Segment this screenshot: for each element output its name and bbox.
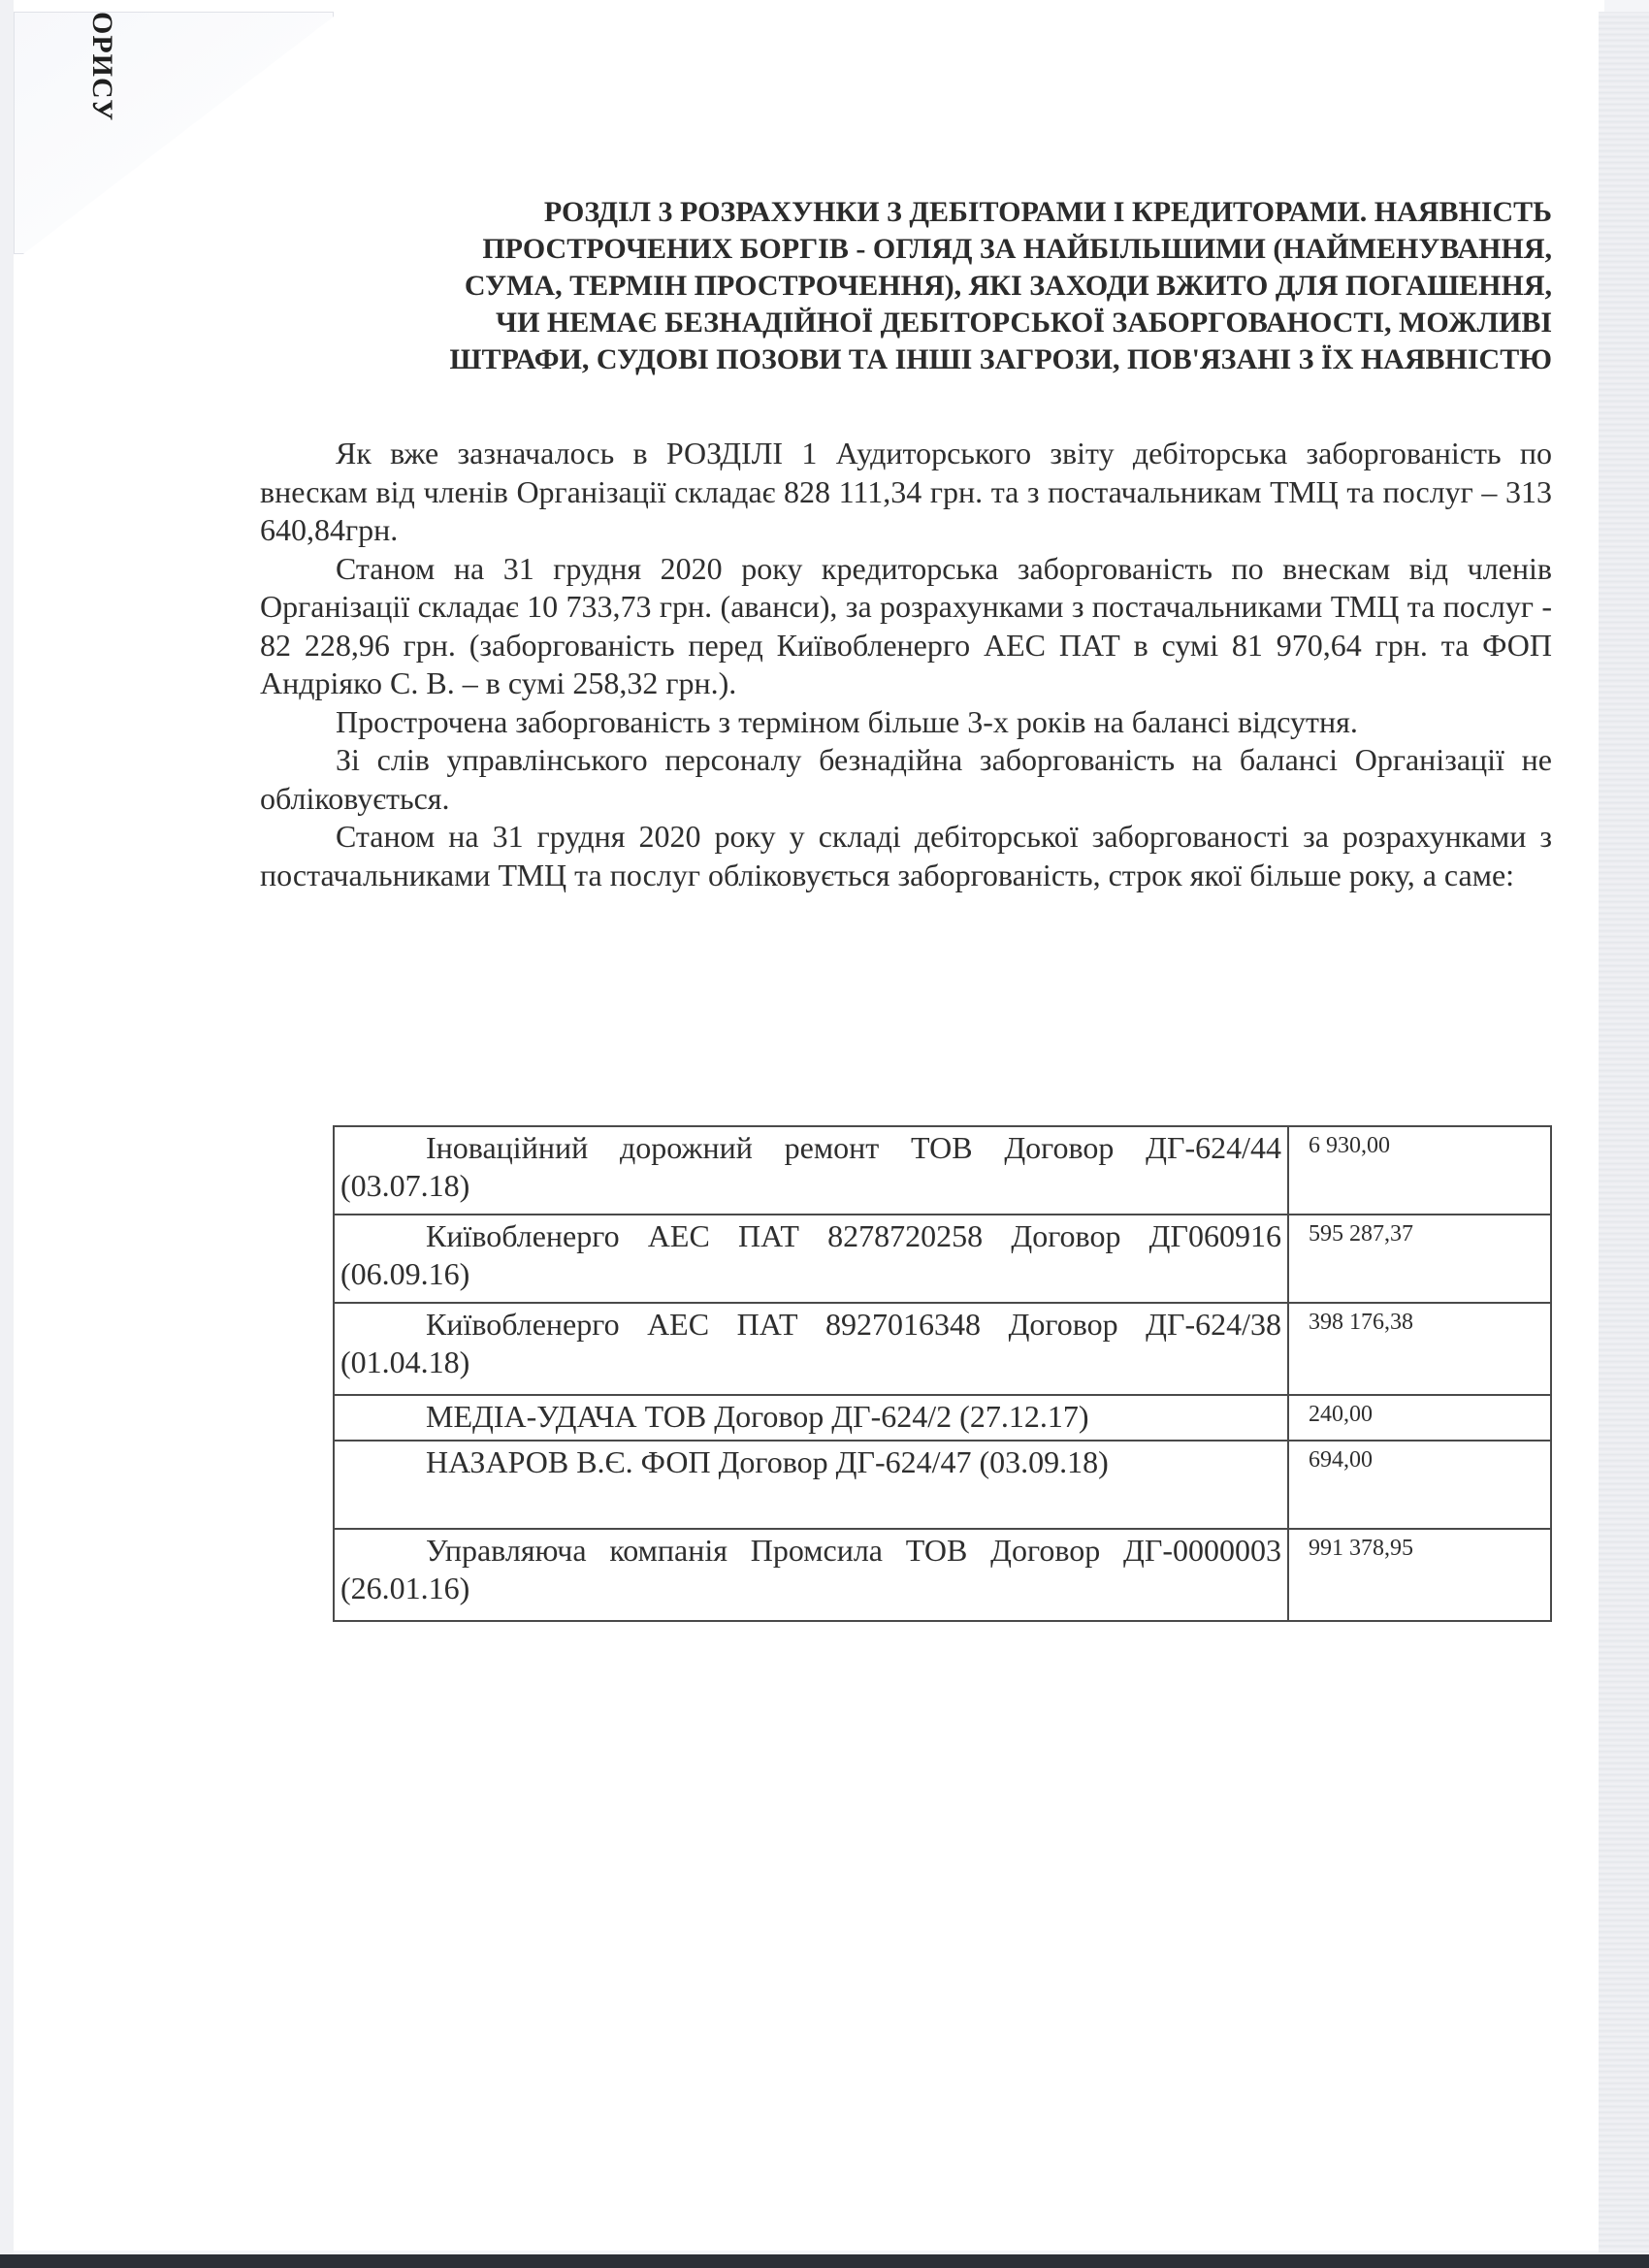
- paragraph-long-term-debt: Станом на 31 грудня 2020 року у складі д…: [260, 818, 1552, 894]
- heading-line: ШТРАФИ, СУДОВІ ПОЗОВИ ТА ІНШІ ЗАГРОЗИ, П…: [291, 341, 1552, 378]
- debtor-description: Київобленерго АЕС ПАТ 8927016348 Договор…: [334, 1303, 1288, 1395]
- body-text: Як вже зазначалось в РОЗДІЛІ 1 Аудиторсь…: [260, 435, 1552, 894]
- paragraph-receivables: Як вже зазначалось в РОЗДІЛІ 1 Аудиторсь…: [260, 435, 1552, 550]
- heading-line: СУМА, ТЕРМІН ПРОСТРОЧЕННЯ), ЯКІ ЗАХОДИ В…: [291, 268, 1552, 305]
- table-row: Іноваційний дорожний ремонт ТОВ Договор …: [334, 1126, 1551, 1215]
- scan-bottom-edge: [0, 2254, 1649, 2268]
- debt-table: Іноваційний дорожний ремонт ТОВ Договор …: [333, 1125, 1552, 1622]
- debtor-description: Іноваційний дорожний ремонт ТОВ Договор …: [334, 1126, 1288, 1215]
- paragraph-overdue: Прострочена заборгованість з терміном бі…: [260, 703, 1552, 742]
- debtor-description: Київобленерго АЕС ПАТ 8278720258 Договор…: [334, 1215, 1288, 1303]
- debt-amount: 398 176,38: [1288, 1303, 1551, 1395]
- debtor-description: Управляюча компанія Промсила ТОВ Договор…: [334, 1529, 1288, 1621]
- table-row: Київобленерго АЕС ПАТ 8927016348 Договор…: [334, 1303, 1551, 1395]
- scan-left-margin: [0, 0, 14, 2268]
- table-row: НАЗАРОВ В.Є. ФОП Договор ДГ-624/47 (03.0…: [334, 1441, 1551, 1529]
- scan-right-edge: [1599, 12, 1649, 2252]
- debt-amount: 694,00: [1288, 1441, 1551, 1529]
- folded-corner-label: ОРИСУ: [85, 12, 118, 121]
- paragraph-payables: Станом на 31 грудня 2020 року кредиторсь…: [260, 550, 1552, 703]
- debt-amount: 6 930,00: [1288, 1126, 1551, 1215]
- section-heading: РОЗДІЛ 3 РОЗРАХУНКИ З ДЕБІТОРАМИ І КРЕДИ…: [291, 194, 1552, 378]
- debt-amount: 991 378,95: [1288, 1529, 1551, 1621]
- debt-amount: 240,00: [1288, 1395, 1551, 1441]
- debtor-description: НАЗАРОВ В.Є. ФОП Договор ДГ-624/47 (03.0…: [334, 1441, 1288, 1529]
- heading-line: ЧИ НЕМАЄ БЕЗНАДІЙНОЇ ДЕБІТОРСЬКОЇ ЗАБОРГ…: [291, 305, 1552, 341]
- debtor-description: МЕДІА-УДАЧА ТОВ Договор ДГ-624/2 (27.12.…: [334, 1395, 1288, 1441]
- table-row: Київобленерго АЕС ПАТ 8278720258 Договор…: [334, 1215, 1551, 1303]
- table-row: Управляюча компанія Промсила ТОВ Договор…: [334, 1529, 1551, 1621]
- debt-amount: 595 287,37: [1288, 1215, 1551, 1303]
- table-row: МЕДІА-УДАЧА ТОВ Договор ДГ-624/2 (27.12.…: [334, 1395, 1551, 1441]
- paragraph-bad-debt: Зі слів управлінського персоналу безнаді…: [260, 741, 1552, 818]
- heading-line: РОЗДІЛ 3 РОЗРАХУНКИ З ДЕБІТОРАМИ І КРЕДИ…: [291, 194, 1552, 231]
- heading-line: ПРОСТРОЧЕНИХ БОРГІВ - ОГЛЯД ЗА НАЙБІЛЬШИ…: [291, 231, 1552, 268]
